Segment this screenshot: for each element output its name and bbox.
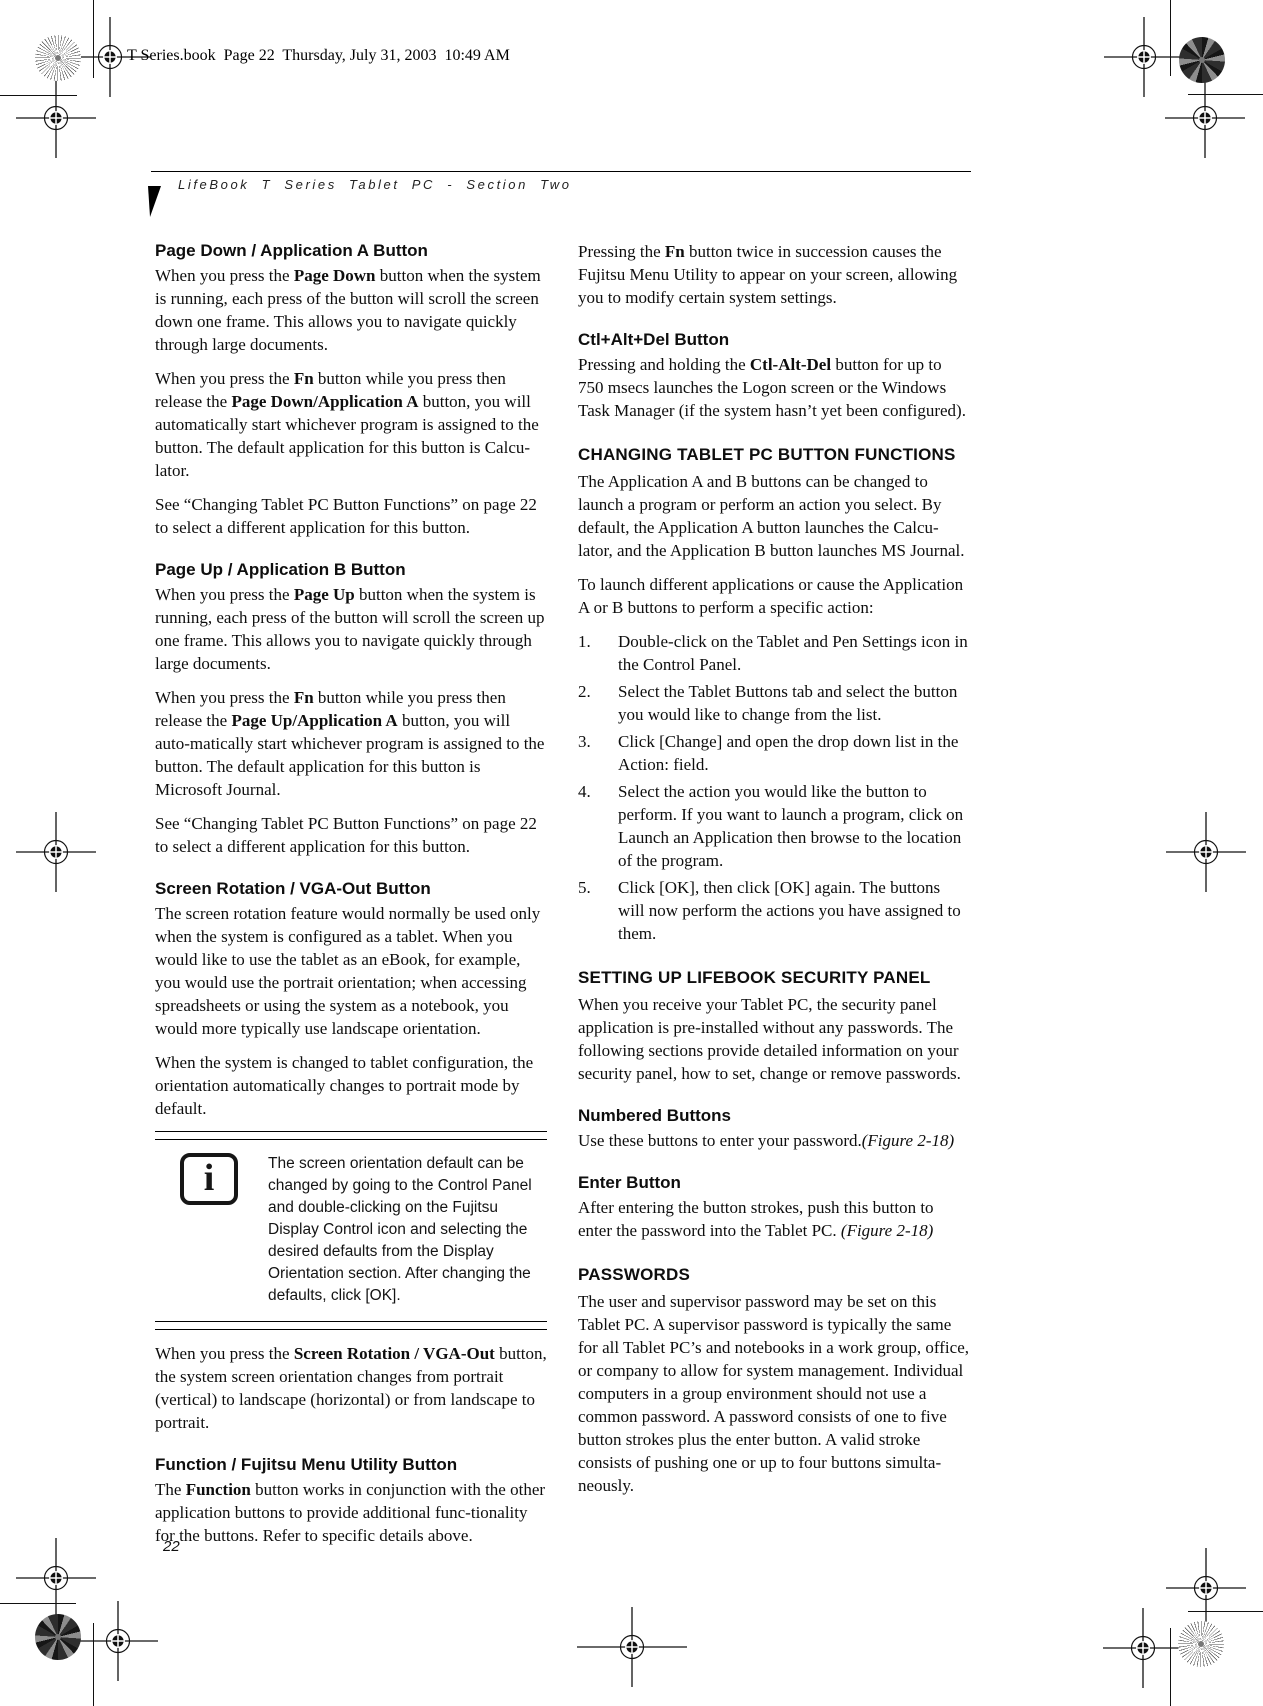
- bold-term: Page Down: [294, 266, 376, 285]
- crop-line: [93, 1623, 94, 1706]
- document-title-bar: T Series.book Page 22 Thursday, July 31,…: [127, 47, 510, 65]
- crop-line: [1188, 94, 1263, 95]
- info-icon: i: [180, 1153, 238, 1205]
- registration-mark: [16, 812, 96, 892]
- note-top-rule: [155, 1131, 547, 1140]
- registration-mark: [577, 1607, 687, 1687]
- list-item-text: Select the action you would like the but…: [618, 780, 970, 872]
- text-run: Pressing and holding the: [578, 355, 750, 374]
- bold-term: Fn: [294, 369, 314, 388]
- list-item: 3. Click [Change] and open the drop down…: [578, 730, 970, 776]
- list-item-number: 2.: [578, 680, 618, 726]
- paragraph: Pressing and holding the Ctl-Alt-Del but…: [578, 353, 970, 422]
- crop-line: [1170, 1628, 1171, 1706]
- paragraph-cross-reference: See “Changing Tablet PC Button Functions…: [155, 812, 547, 858]
- registration-mark: [1104, 17, 1184, 97]
- starburst-calibration-mark: [1179, 37, 1225, 83]
- heading-function-button: Function / Fujitsu Menu Utility Button: [155, 1454, 547, 1475]
- text-run: When you press the: [155, 688, 294, 707]
- list-item-text: Double-click on the Tablet and Pen Setti…: [618, 630, 970, 676]
- text-run: Use these buttons to enter your password…: [578, 1131, 862, 1150]
- bold-term: Page Up: [294, 585, 355, 604]
- right-column: Pressing the Fn button twice in successi…: [578, 240, 970, 1508]
- bold-term: Fn: [294, 688, 314, 707]
- list-item-text: Select the Tablet Buttons tab and select…: [618, 680, 970, 726]
- text-run: The: [155, 1480, 186, 1499]
- heading-enter-button: Enter Button: [578, 1172, 970, 1193]
- paragraph: When you press the Fn button while you p…: [155, 367, 547, 482]
- paragraph: When you receive your Tablet PC, the sec…: [578, 993, 970, 1085]
- paragraph: When you press the Page Down button when…: [155, 264, 547, 356]
- bold-term: Ctl-Alt-Del: [750, 355, 831, 374]
- starburst-calibration-mark: [35, 35, 81, 81]
- figure-reference: (Figure 2-18): [862, 1131, 954, 1150]
- paragraph: When you press the Screen Rotation / VGA…: [155, 1342, 547, 1434]
- registration-mark: [16, 78, 96, 158]
- heading-screen-rotation-button: Screen Rotation / VGA-Out Button: [155, 878, 547, 899]
- paragraph: After entering the button strokes, push …: [578, 1196, 970, 1242]
- list-item: 1. Double-click on the Tablet and Pen Se…: [578, 630, 970, 676]
- bold-term: Screen Rotation / VGA-Out: [294, 1344, 495, 1363]
- heading-security-panel: SETTING UP LIFEBOOK SECURITY PANEL: [578, 967, 970, 989]
- registration-mark: [1166, 1548, 1246, 1628]
- paragraph: When you press the Fn button while you p…: [155, 686, 547, 801]
- crop-line: [1188, 1611, 1263, 1612]
- section-header: LifeBook T Series Tablet PC - Section Tw…: [178, 177, 572, 192]
- note-bottom-rule: [155, 1321, 547, 1330]
- heading-ctl-alt-del-button: Ctl+Alt+Del Button: [578, 329, 970, 350]
- list-item-number: 1.: [578, 630, 618, 676]
- paragraph: The Application A and B buttons can be c…: [578, 470, 970, 562]
- paragraph: Pressing the Fn button twice in successi…: [578, 240, 970, 309]
- crop-line: [93, 0, 94, 78]
- note-text: The screen orientation default can be ch…: [268, 1153, 547, 1307]
- bold-term: Page Down/Application A: [231, 392, 418, 411]
- paragraph: When the system is changed to tablet con…: [155, 1051, 547, 1120]
- crop-line: [1170, 0, 1171, 76]
- registration-mark: [1166, 812, 1246, 892]
- starburst-calibration-mark: [35, 1614, 81, 1660]
- note-body: i The screen orientation default can be …: [155, 1140, 547, 1321]
- heading-changing-button-functions: CHANGING TABLET PC BUTTON FUNCTIONS: [578, 444, 970, 466]
- starburst-calibration-mark: [1178, 1621, 1224, 1667]
- list-item-number: 3.: [578, 730, 618, 776]
- manual-page: T Series.book Page 22 Thursday, July 31,…: [0, 0, 1263, 1706]
- heading-numbered-buttons: Numbered Buttons: [578, 1105, 970, 1126]
- paragraph: When you press the Page Up button when t…: [155, 583, 547, 675]
- bold-term: Page Up/Application A: [231, 711, 397, 730]
- list-item: 4. Select the action you would like the …: [578, 780, 970, 872]
- crop-line: [0, 95, 77, 96]
- instruction-list: 1. Double-click on the Tablet and Pen Se…: [578, 630, 970, 945]
- left-column: Page Down / Application A Button When yo…: [155, 240, 547, 1558]
- list-item-text: Click [Change] and open the drop down li…: [618, 730, 970, 776]
- text-run: When you press the: [155, 585, 294, 604]
- registration-mark: [78, 1601, 158, 1681]
- heading-passwords: PASSWORDS: [578, 1264, 970, 1286]
- crop-line: [0, 1603, 76, 1604]
- section-header-rule: [151, 171, 971, 172]
- page-number: 22: [163, 1538, 180, 1555]
- paragraph: Use these buttons to enter your password…: [578, 1129, 970, 1152]
- list-item: 2. Select the Tablet Buttons tab and sel…: [578, 680, 970, 726]
- figure-reference: (Figure 2-18): [841, 1221, 933, 1240]
- text-run: When you press the: [155, 266, 294, 285]
- paragraph: To launch different applications or caus…: [578, 573, 970, 619]
- heading-page-up-button: Page Up / Application B Button: [155, 559, 547, 580]
- registration-mark: [1165, 78, 1245, 158]
- bold-term: Function: [186, 1480, 251, 1499]
- paragraph: The Function button works in conjunction…: [155, 1478, 547, 1547]
- list-item-text: Click [OK], then click [OK] again. The b…: [618, 876, 970, 945]
- list-item-number: 5.: [578, 876, 618, 945]
- section-flag-icon: [148, 186, 162, 218]
- list-item-number: 4.: [578, 780, 618, 872]
- paragraph: The screen rotation feature would normal…: [155, 902, 547, 1040]
- heading-page-down-button: Page Down / Application A Button: [155, 240, 547, 261]
- paragraph-cross-reference: See “Changing Tablet PC Button Functions…: [155, 493, 547, 539]
- list-item: 5. Click [OK], then click [OK] again. Th…: [578, 876, 970, 945]
- text-run: When you press the: [155, 369, 294, 388]
- paragraph: The user and supervisor password may be …: [578, 1290, 970, 1497]
- text-run: Pressing the: [578, 242, 665, 261]
- bold-term: Fn: [665, 242, 685, 261]
- registration-mark: [16, 1538, 96, 1618]
- text-run: When you press the: [155, 1344, 294, 1363]
- info-note-box: i The screen orientation default can be …: [155, 1131, 547, 1330]
